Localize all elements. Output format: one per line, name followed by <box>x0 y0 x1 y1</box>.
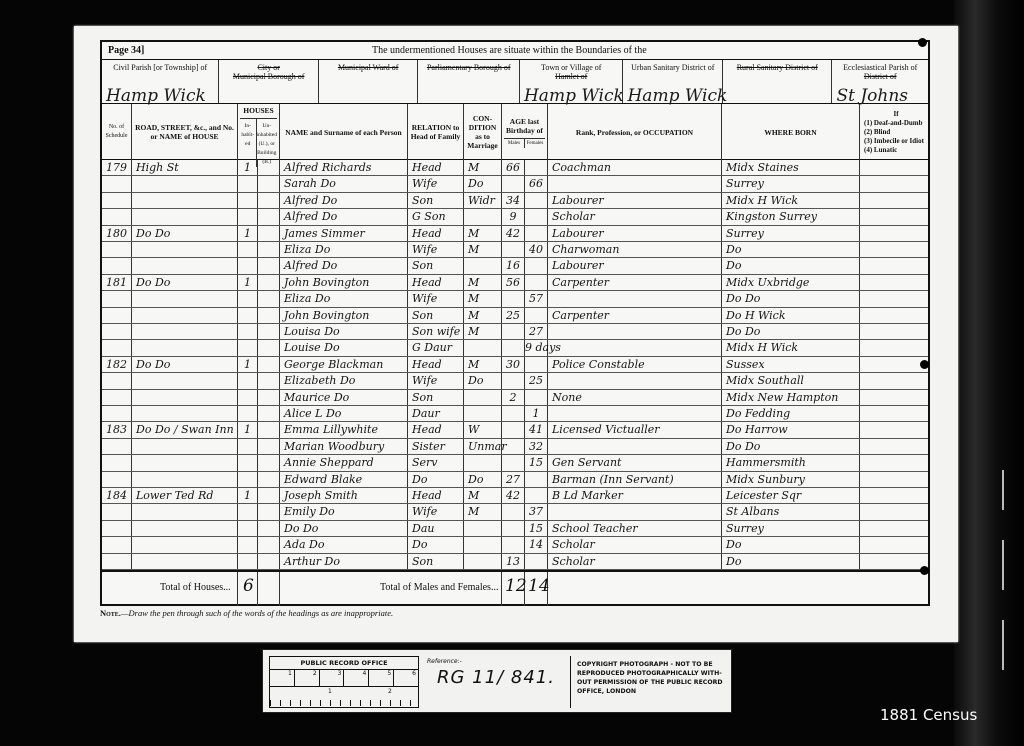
table-row: 184Lower Ted Rd1Joseph SmithHeadM42B Ld … <box>102 488 928 504</box>
cell-condition <box>464 258 502 273</box>
cell-inhabited <box>238 193 258 208</box>
cell-uninhabited <box>258 275 280 290</box>
district-field: City orMunicipal Borough of <box>219 60 319 103</box>
cell-condition: M <box>464 242 502 257</box>
total-males-value: 12 <box>505 576 527 596</box>
cell-inhabited: 1 <box>238 160 258 175</box>
cell-uninhabited <box>258 390 280 405</box>
cell-condition: M <box>464 324 502 339</box>
district-field: Civil Parish [or Township] ofHamp Wick <box>102 60 219 103</box>
cell-road: Do Do <box>132 357 238 372</box>
cell-road <box>132 554 238 569</box>
cell-occupation: Police Constable <box>548 357 722 372</box>
cell-occupation: Gen Servant <box>548 455 722 470</box>
cell-inhabited: 1 <box>238 422 258 437</box>
cell-infirmity <box>860 160 930 175</box>
cell-name: Alfred Richards <box>280 160 408 175</box>
cell-road: Lower Ted Rd <box>132 488 238 503</box>
table-row: 179High St1Alfred RichardsHeadM66Coachma… <box>102 160 928 176</box>
col-road: ROAD, STREET, &c., and No. or NAME of HO… <box>132 104 238 160</box>
cell-name: Emma Lillywhite <box>280 422 408 437</box>
cell-name: John Bovington <box>280 275 408 290</box>
cell-uninhabited <box>258 242 280 257</box>
table-row: John BovingtonSonM25CarpenterDo H Wick <box>102 308 928 324</box>
cell-name: Alfred Do <box>280 193 408 208</box>
cell-female <box>525 390 548 405</box>
cell-condition <box>464 406 502 421</box>
cell-condition: M <box>464 357 502 372</box>
cell-occupation: Scholar <box>548 537 722 552</box>
cell-relation: Head <box>408 422 464 437</box>
totals-row: Total of Houses... 6 Total of Males and … <box>102 570 928 604</box>
page-number: Page 34] <box>108 45 144 56</box>
cell-condition: M <box>464 275 502 290</box>
cell-infirmity <box>860 258 930 273</box>
cell-schedule <box>102 291 132 306</box>
cell-female <box>525 308 548 323</box>
table-row: Elizabeth DoWifeDo25Midx Southall <box>102 373 928 389</box>
cell-condition: Widr <box>464 193 502 208</box>
cell-female: 37 <box>525 504 548 519</box>
cell-male <box>502 324 525 339</box>
cell-female: 57 <box>525 291 548 306</box>
cell-born: St Albans <box>722 504 860 519</box>
cell-inhabited: 1 <box>238 357 258 372</box>
cell-schedule <box>102 308 132 323</box>
cell-name: Do Do <box>280 521 408 536</box>
cell-schedule <box>102 504 132 519</box>
cell-inhabited <box>238 258 258 273</box>
cell-name: Annie Sheppard <box>280 455 408 470</box>
form-title: The undermentioned Houses are situate wi… <box>372 45 647 56</box>
cell-male <box>502 340 525 355</box>
cell-occupation <box>548 176 722 191</box>
cell-infirmity <box>860 226 930 241</box>
district-value: Hamp Wick <box>106 92 206 101</box>
cell-uninhabited <box>258 291 280 306</box>
cell-infirmity <box>860 242 930 257</box>
cell-relation: Head <box>408 488 464 503</box>
table-row: Arthur DoSon13ScholarDo <box>102 554 928 570</box>
cell-relation: Son <box>408 390 464 405</box>
ink-blot <box>920 566 929 575</box>
cell-female: 27 <box>525 324 548 339</box>
district-value: Hamp Wick <box>627 92 727 101</box>
cell-condition <box>464 455 502 470</box>
cell-occupation: Licensed Victualler <box>548 422 722 437</box>
cell-born: Midx H Wick <box>722 193 860 208</box>
cell-uninhabited <box>258 554 280 569</box>
cell-road <box>132 455 238 470</box>
cell-occupation: B Ld Marker <box>548 488 722 503</box>
cell-relation: Daur <box>408 406 464 421</box>
cell-male: 42 <box>502 226 525 241</box>
cell-born: Do Do <box>722 324 860 339</box>
public-record-office-ruler: PUBLIC RECORD OFFICE 1 2 3 4 5 6 1 2 <box>269 656 419 708</box>
cell-female: 66 <box>525 176 548 191</box>
cell-road <box>132 537 238 552</box>
cell-inhabited <box>238 308 258 323</box>
cell-relation: Wife <box>408 242 464 257</box>
cell-condition: M <box>464 160 502 175</box>
cell-female: 15 <box>525 521 548 536</box>
table-row: 181Do Do1John BovingtonHeadM56CarpenterM… <box>102 275 928 291</box>
total-houses-label: Total of Houses... <box>160 582 231 593</box>
form-header: Page 34] The undermentioned Houses are s… <box>102 42 928 60</box>
cell-road <box>132 258 238 273</box>
cell-condition: M <box>464 291 502 306</box>
cell-condition: W <box>464 422 502 437</box>
cell-female <box>525 193 548 208</box>
cell-female <box>525 226 548 241</box>
cell-occupation: Carpenter <box>548 308 722 323</box>
cell-name: Eliza Do <box>280 291 408 306</box>
cell-road <box>132 521 238 536</box>
film-edge <box>954 0 1024 746</box>
cell-inhabited: 1 <box>238 488 258 503</box>
cell-male <box>502 455 525 470</box>
cell-male: 13 <box>502 554 525 569</box>
cell-schedule <box>102 472 132 487</box>
cell-relation: Sister <box>408 439 464 454</box>
cell-uninhabited <box>258 324 280 339</box>
cell-born: Midx New Hampton <box>722 390 860 405</box>
cell-occupation: None <box>548 390 722 405</box>
cell-occupation <box>548 439 722 454</box>
cell-name: Alfred Do <box>280 258 408 273</box>
cell-uninhabited <box>258 193 280 208</box>
cell-road <box>132 390 238 405</box>
col-where-born: WHERE BORN <box>722 104 860 160</box>
cell-occupation <box>548 324 722 339</box>
district-boundaries: Civil Parish [or Township] ofHamp WickCi… <box>102 60 928 104</box>
cell-condition <box>464 209 502 224</box>
cell-condition <box>464 340 502 355</box>
cell-female: 14 <box>525 537 548 552</box>
cell-inhabited <box>238 176 258 191</box>
cell-schedule <box>102 176 132 191</box>
cell-road <box>132 209 238 224</box>
cell-uninhabited <box>258 406 280 421</box>
cell-infirmity <box>860 472 930 487</box>
cell-female <box>525 275 548 290</box>
cell-male: 30 <box>502 357 525 372</box>
district-field: Rural Sanitary District of <box>723 60 832 103</box>
copyright-notice: COPYRIGHT PHOTOGRAPH - NOT TO BE REPRODU… <box>577 660 727 696</box>
table-row: Ada DoDo14ScholarDo <box>102 537 928 553</box>
cell-name: Edward Blake <box>280 472 408 487</box>
cell-uninhabited <box>258 521 280 536</box>
cell-road <box>132 504 238 519</box>
cell-uninhabited <box>258 439 280 454</box>
cell-relation: Son wife <box>408 324 464 339</box>
cell-infirmity <box>860 275 930 290</box>
cell-occupation: Coachman <box>548 160 722 175</box>
cell-uninhabited <box>258 455 280 470</box>
cell-female <box>525 160 548 175</box>
cell-uninhabited <box>258 226 280 241</box>
cell-occupation <box>548 291 722 306</box>
film-perforation <box>1002 620 1004 670</box>
cell-inhabited <box>238 554 258 569</box>
col-age: AGE last Birthday of MalesFemales <box>502 104 548 160</box>
cell-female <box>525 488 548 503</box>
cell-born: Midx H Wick <box>722 340 860 355</box>
cell-relation: Head <box>408 226 464 241</box>
cell-relation: Head <box>408 160 464 175</box>
cell-male: 56 <box>502 275 525 290</box>
cell-road: Do Do / Swan Inn <box>132 422 238 437</box>
district-field: Ecclesiastical Parish ofDistrict ofSt Jo… <box>832 60 928 103</box>
cell-female: 25 <box>525 373 548 388</box>
cell-schedule <box>102 521 132 536</box>
cell-male: 42 <box>502 488 525 503</box>
table-row: 182Do Do1George BlackmanHeadM30Police Co… <box>102 357 928 373</box>
cell-female: 32 <box>525 439 548 454</box>
cell-male: 66 <box>502 160 525 175</box>
cell-male <box>502 537 525 552</box>
cell-male: 16 <box>502 258 525 273</box>
table-row: Emily DoWifeM37St Albans <box>102 504 928 520</box>
cell-male: 9 <box>502 209 525 224</box>
cell-born: Hammersmith <box>722 455 860 470</box>
cell-inhabited: 1 <box>238 275 258 290</box>
cell-male <box>502 406 525 421</box>
cell-occupation: Labourer <box>548 226 722 241</box>
table-row: Alice L DoDaur1Do Fedding <box>102 406 928 422</box>
census-rows: 179High St1Alfred RichardsHeadM66Coachma… <box>102 160 928 570</box>
cell-male <box>502 521 525 536</box>
cell-female <box>525 472 548 487</box>
cell-schedule <box>102 554 132 569</box>
cell-occupation <box>548 504 722 519</box>
cell-name: Eliza Do <box>280 242 408 257</box>
cell-inhabited <box>238 521 258 536</box>
total-females-value: 14 <box>528 576 550 596</box>
cell-name: Emily Do <box>280 504 408 519</box>
table-row: Maurice DoSon2NoneMidx New Hampton <box>102 390 928 406</box>
cell-occupation <box>548 340 722 355</box>
cell-name: Alfred Do <box>280 209 408 224</box>
cell-condition: M <box>464 504 502 519</box>
cell-relation: Wife <box>408 373 464 388</box>
cell-born: Midx Sunbury <box>722 472 860 487</box>
table-row: Louisa DoSon wifeM27Do Do <box>102 324 928 340</box>
cell-relation: Son <box>408 258 464 273</box>
cell-condition: M <box>464 488 502 503</box>
table-row: Eliza DoWifeM57Do Do <box>102 291 928 307</box>
cell-born: Leicester Sqr <box>722 488 860 503</box>
cell-relation: G Son <box>408 209 464 224</box>
cell-road <box>132 340 238 355</box>
cell-born: Do <box>722 242 860 257</box>
cell-name: Arthur Do <box>280 554 408 569</box>
cell-infirmity <box>860 390 930 405</box>
table-row: 180Do Do1James SimmerHeadM42LabourerSurr… <box>102 226 928 242</box>
cell-name: Marian Woodbury <box>280 439 408 454</box>
col-name: NAME and Surname of each Person <box>280 104 408 160</box>
cell-born: Do <box>722 537 860 552</box>
census-form: Page 34] The undermentioned Houses are s… <box>100 40 930 606</box>
cell-schedule <box>102 324 132 339</box>
table-row: Alfred DoSonWidr34LabourerMidx H Wick <box>102 193 928 209</box>
cell-road <box>132 439 238 454</box>
table-row: Edward BlakeDoDo27Barman (Inn Servant)Mi… <box>102 472 928 488</box>
ink-blot <box>920 360 929 369</box>
cell-schedule <box>102 340 132 355</box>
cell-inhabited <box>238 504 258 519</box>
cell-uninhabited <box>258 488 280 503</box>
cell-occupation: Scholar <box>548 209 722 224</box>
cell-male: 25 <box>502 308 525 323</box>
cell-male <box>502 291 525 306</box>
cell-name: James Simmer <box>280 226 408 241</box>
cell-condition <box>464 390 502 405</box>
cell-name: Elizabeth Do <box>280 373 408 388</box>
cell-female: 41 <box>525 422 548 437</box>
cell-uninhabited <box>258 422 280 437</box>
table-row: 183Do Do / Swan Inn1Emma LillywhiteHeadW… <box>102 422 928 438</box>
cell-schedule <box>102 455 132 470</box>
cell-schedule <box>102 242 132 257</box>
cell-infirmity <box>860 488 930 503</box>
cell-male: 2 <box>502 390 525 405</box>
cell-name: Sarah Do <box>280 176 408 191</box>
cell-uninhabited <box>258 258 280 273</box>
cell-road <box>132 406 238 421</box>
cell-infirmity <box>860 373 930 388</box>
cell-schedule <box>102 406 132 421</box>
cell-occupation: Labourer <box>548 193 722 208</box>
cell-occupation: Carpenter <box>548 275 722 290</box>
cell-infirmity <box>860 521 930 536</box>
cell-relation: Head <box>408 275 464 290</box>
cell-inhabited <box>238 390 258 405</box>
cell-road <box>132 324 238 339</box>
cell-relation: Son <box>408 193 464 208</box>
cell-born: Do Do <box>722 291 860 306</box>
cell-infirmity <box>860 340 930 355</box>
cell-road: High St <box>132 160 238 175</box>
cell-inhabited <box>238 439 258 454</box>
cell-name: John Bovington <box>280 308 408 323</box>
cell-condition: Unmar <box>464 439 502 454</box>
cell-inhabited <box>238 472 258 487</box>
col-condition: CON-DITION as to Marriage <box>464 104 502 160</box>
cell-occupation <box>548 373 722 388</box>
cell-relation: Son <box>408 554 464 569</box>
cell-condition: M <box>464 226 502 241</box>
cell-uninhabited <box>258 472 280 487</box>
table-row: Louise DoG Daur9 daysMidx H Wick <box>102 340 928 356</box>
film-perforation <box>1002 470 1004 510</box>
cell-inhabited <box>238 291 258 306</box>
cell-name: Louisa Do <box>280 324 408 339</box>
cell-relation: Head <box>408 357 464 372</box>
cell-female: 1 <box>525 406 548 421</box>
cell-relation: Do <box>408 472 464 487</box>
cell-infirmity <box>860 308 930 323</box>
cell-occupation: School Teacher <box>548 521 722 536</box>
cell-condition: Do <box>464 472 502 487</box>
cell-female: 40 <box>525 242 548 257</box>
cell-relation: Wife <box>408 504 464 519</box>
cell-name: Joseph Smith <box>280 488 408 503</box>
cell-born: Surrey <box>722 521 860 536</box>
cell-infirmity <box>860 291 930 306</box>
cell-female <box>525 357 548 372</box>
cell-female <box>525 554 548 569</box>
cell-uninhabited <box>258 357 280 372</box>
cell-relation: Serv <box>408 455 464 470</box>
cell-born: Midx Southall <box>722 373 860 388</box>
cell-schedule <box>102 439 132 454</box>
cell-road <box>132 291 238 306</box>
cell-inhabited <box>238 209 258 224</box>
cell-born: Sussex <box>722 357 860 372</box>
cell-born: Do Fedding <box>722 406 860 421</box>
cell-condition: Do <box>464 373 502 388</box>
cell-schedule: 183 <box>102 422 132 437</box>
cell-male <box>502 439 525 454</box>
cell-schedule: 181 <box>102 275 132 290</box>
cell-schedule: 180 <box>102 226 132 241</box>
cell-road: Do Do <box>132 226 238 241</box>
cell-female: 15 <box>525 455 548 470</box>
cell-relation: G Daur <box>408 340 464 355</box>
cell-inhabited <box>238 324 258 339</box>
cell-born: Surrey <box>722 176 860 191</box>
cell-road <box>132 193 238 208</box>
cell-schedule <box>102 209 132 224</box>
col-relation: RELATION to Head of Family <box>408 104 464 160</box>
cell-born: Kingston Surrey <box>722 209 860 224</box>
cell-female: 9 days <box>525 340 548 355</box>
col-houses: HOUSES In-habit-edUn-inhabited (U.), or … <box>238 104 280 160</box>
cell-infirmity <box>860 422 930 437</box>
cell-occupation: Scholar <box>548 554 722 569</box>
cell-infirmity <box>860 324 930 339</box>
form-note: Note.—Draw the pen through such of the w… <box>100 608 393 618</box>
cell-uninhabited <box>258 340 280 355</box>
cell-born: Do <box>722 554 860 569</box>
cell-inhabited <box>238 455 258 470</box>
cell-inhabited <box>238 406 258 421</box>
census-sheet: Page 34] The undermentioned Houses are s… <box>74 26 958 642</box>
table-row: Alfred DoSon16LabourerDo <box>102 258 928 274</box>
cell-infirmity <box>860 554 930 569</box>
cell-relation: Do <box>408 537 464 552</box>
cell-inhabited: 1 <box>238 226 258 241</box>
cell-condition <box>464 521 502 536</box>
cell-born: Do <box>722 258 860 273</box>
cell-infirmity <box>860 439 930 454</box>
cell-relation: Son <box>408 308 464 323</box>
cell-uninhabited <box>258 308 280 323</box>
district-field: Urban Sanitary District ofHamp Wick <box>623 60 723 103</box>
cell-born: Midx Uxbridge <box>722 275 860 290</box>
district-field: Town or Village ofHamlet ofHamp Wick <box>520 60 624 103</box>
reference-box: Reference:- RG 11/ 841. <box>423 656 571 708</box>
cell-schedule: 182 <box>102 357 132 372</box>
cell-road <box>132 373 238 388</box>
cell-name: Louise Do <box>280 340 408 355</box>
cell-occupation <box>548 406 722 421</box>
cell-infirmity <box>860 537 930 552</box>
cell-schedule <box>102 390 132 405</box>
cell-relation: Wife <box>408 176 464 191</box>
district-field: Municipal Ward of <box>319 60 419 103</box>
